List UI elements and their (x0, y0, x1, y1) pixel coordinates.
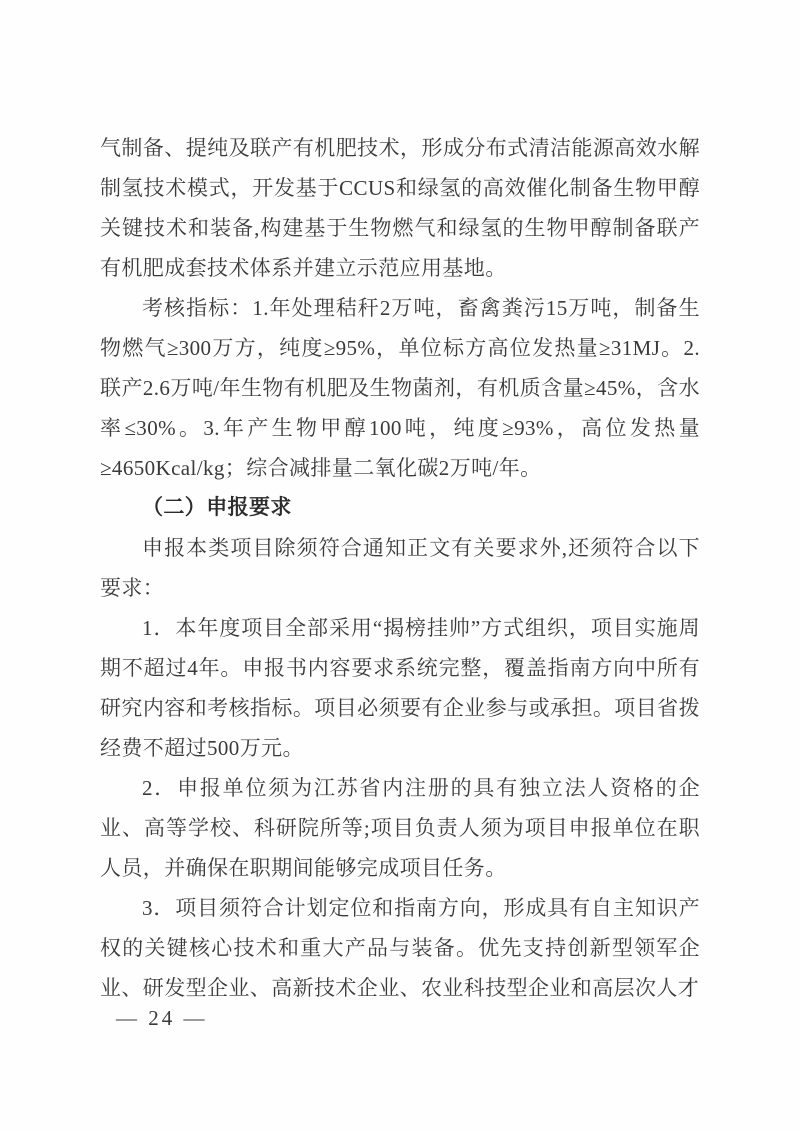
document-body: 气制备、提纯及联产有机肥技术，形成分布式清洁能源高效水解制氢技术模式，开发基于C… (100, 128, 700, 1008)
section-heading-application-requirements: （二）申报要求 (100, 488, 700, 528)
document-page: 气制备、提纯及联产有机肥技术，形成分布式清洁能源高效水解制氢技术模式，开发基于C… (0, 0, 800, 1131)
paragraph-technical-content: 气制备、提纯及联产有机肥技术，形成分布式清洁能源高效水解制氢技术模式，开发基于C… (100, 128, 700, 288)
paragraph-requirements-intro: 申报本类项目除须符合通知正文有关要求外,还须符合以下要求： (100, 528, 700, 608)
paragraph-requirement-1: 1．本年度项目全部采用“揭榜挂帅”方式组织，项目实施周期不超过4年。申报书内容要… (100, 608, 700, 768)
paragraph-requirement-2: 2．申报单位须为江苏省内注册的具有独立法人资格的企业、高等学校、科研院所等;项目… (100, 768, 700, 888)
paragraph-requirement-3: 3．项目须符合计划定位和指南方向，形成具有自主知识产权的关键核心技术和重大产品与… (100, 888, 700, 1008)
paragraph-assessment-indicators: 考核指标：1.年处理秸秆2万吨，畜禽粪污15万吨，制备生物燃气≥300万方，纯度… (100, 288, 700, 488)
page-number: — 24 — (116, 1003, 208, 1033)
